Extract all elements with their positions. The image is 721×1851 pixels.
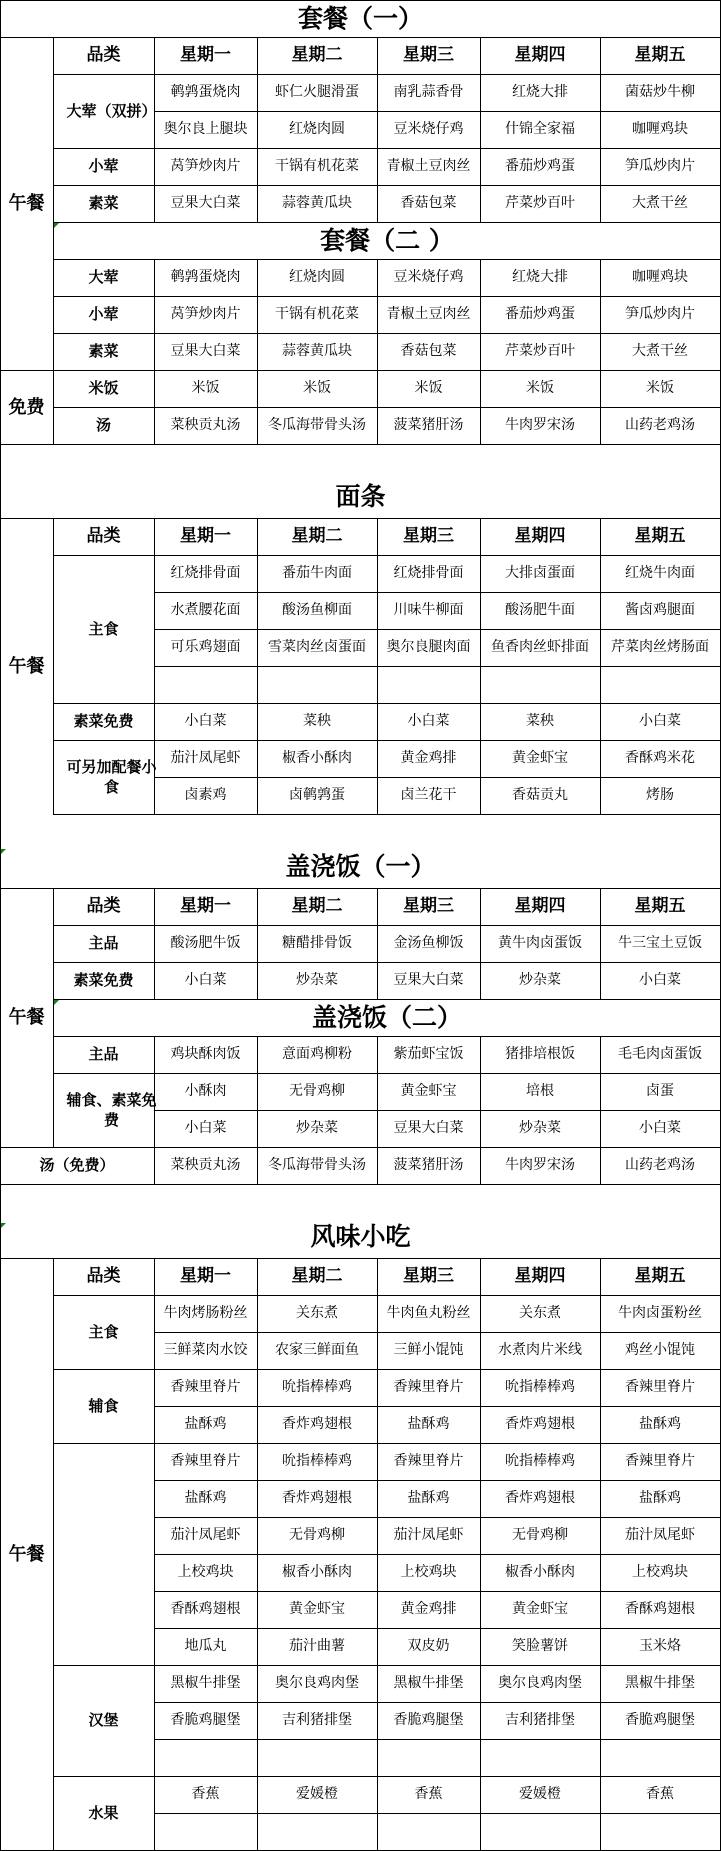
grid-line: [600, 74, 601, 112]
menu-item: 香酥鸡翅根: [600, 1591, 720, 1628]
section-title: 风味小吃: [0, 1214, 721, 1258]
grid-line: [154, 370, 721, 371]
menu-item: [480, 1813, 600, 1850]
menu-item: 米饭: [600, 370, 720, 407]
category-label: 辅食: [53, 1369, 154, 1443]
grid-line: [480, 1776, 481, 1814]
menu-item: 黄金虾宝: [480, 1591, 600, 1628]
menu-item: 笋瓜炒肉片: [600, 148, 720, 185]
grid-line: [257, 1110, 258, 1148]
menu-item: 牛肉卤蛋粉丝: [600, 1295, 720, 1332]
grid-line: [600, 592, 601, 630]
grid-line: [377, 259, 378, 297]
menu-item: 茄汁凤尾虾: [600, 1517, 720, 1554]
grid-line: [53, 1073, 54, 1148]
menu-item: 农家三鲜面鱼: [257, 1332, 377, 1369]
grid-line: [377, 1406, 378, 1444]
grid-line: [154, 1739, 721, 1740]
grid-line: [600, 111, 601, 149]
grid-line: [257, 74, 258, 112]
grid-line: [53, 962, 54, 1000]
menu-item: 红烧大排: [480, 74, 600, 111]
grid-line: [377, 962, 378, 1000]
grid-line: [377, 148, 378, 186]
grid-line: [257, 1147, 258, 1185]
grid-line: [154, 1591, 721, 1592]
grid-line: [600, 703, 601, 741]
section-title: 盖浇饭（二）: [53, 999, 721, 1036]
grid-line: [53, 74, 155, 75]
grid-line: [154, 1517, 721, 1518]
grid-line: [257, 777, 258, 815]
grid-line: [377, 555, 378, 593]
grid-line: [600, 777, 601, 815]
grid-line: [600, 1369, 601, 1407]
menu-item: 卤鹌鹑蛋: [257, 777, 377, 814]
grid-line: [53, 888, 54, 926]
grid-line: [154, 1147, 155, 1185]
grid-line: [257, 407, 258, 445]
menu-item: [377, 666, 480, 703]
grid-line: [154, 148, 721, 149]
grid-line: [600, 1480, 601, 1518]
menu-item: 酸汤肥牛饭: [154, 925, 257, 962]
category-label: 素菜免费: [53, 703, 154, 740]
grid-line: [257, 111, 258, 149]
menu-item: 大排卤蛋面: [480, 555, 600, 592]
menu-item: 炒杂菜: [480, 1110, 600, 1147]
menu-item: 豆果大白菜: [377, 962, 480, 999]
grid-line: [154, 1776, 721, 1777]
menu-item: 卤兰花干: [377, 777, 480, 814]
menu-item: 毛毛肉卤蛋饭: [600, 1036, 720, 1073]
menu-item: 笋瓜炒肉片: [600, 296, 720, 333]
menu-item: 牛肉鱼丸粉丝: [377, 1295, 480, 1332]
grid-line: [53, 740, 54, 815]
grid-line: [53, 1665, 155, 1666]
menu-item: 意面鸡柳粉: [257, 1036, 377, 1073]
menu-item: 培根: [480, 1073, 600, 1110]
menu-item: 椒香小酥肉: [257, 1554, 377, 1591]
grid-line: [480, 370, 481, 408]
menu-item: 香菇包菜: [377, 185, 480, 222]
menu-item: 奥尔良腿肉面: [377, 629, 480, 666]
grid-line: [154, 888, 155, 926]
menu-item: [377, 1739, 480, 1776]
grid-line: [53, 296, 155, 297]
menu-item: 芹菜肉丝烤肠面: [600, 629, 720, 666]
grid-line: [600, 296, 601, 334]
grid-line: [377, 1591, 378, 1629]
grid-line: [53, 1258, 54, 1296]
menu-item: [257, 1813, 377, 1850]
menu-item: 香炸鸡翅根: [257, 1480, 377, 1517]
grid-line: [480, 407, 481, 445]
menu-item: 菜秧: [257, 703, 377, 740]
menu-item: 盐酥鸡: [377, 1480, 480, 1517]
menu-item: 莴笋炒肉片: [154, 148, 257, 185]
menu-item: 黄金鸡排: [377, 1591, 480, 1628]
grid-line: [154, 407, 721, 408]
menu-item: 冬瓜海带骨头汤: [257, 1147, 377, 1184]
menu-item: 米饭: [154, 370, 257, 407]
grid-line: [53, 74, 54, 149]
grid-line: [154, 1147, 721, 1148]
grid-line: [53, 333, 155, 334]
grid-line: [377, 37, 378, 75]
grid-line: [154, 1369, 721, 1370]
category-header: 品类: [53, 518, 154, 555]
grid-line: [377, 703, 378, 741]
day-header: 星期一: [154, 888, 257, 925]
grid-line: [600, 1073, 601, 1111]
grid-line: [377, 1332, 378, 1370]
menu-item: 香蕉: [600, 1776, 720, 1813]
grid-line: [377, 1036, 378, 1074]
menu-item: 米饭: [480, 370, 600, 407]
menu-item: 香酥鸡翅根: [154, 1591, 257, 1628]
menu-item: 上校鸡块: [154, 1554, 257, 1591]
menu-item: 香辣里脊片: [377, 1369, 480, 1406]
menu-item: 菠菜猪肝汤: [377, 407, 480, 444]
grid-line: [600, 370, 601, 408]
grid-line: [257, 37, 258, 75]
grid-line: [53, 1443, 155, 1444]
grid-line: [257, 1036, 258, 1074]
section-title: 套餐（一）: [0, 0, 721, 37]
grid-line: [154, 925, 155, 963]
menu-item: [480, 1739, 600, 1776]
grid-line: [377, 1517, 378, 1555]
menu-item: 香辣里脊片: [377, 1443, 480, 1480]
menu-item: 茄汁曲薯: [257, 1628, 377, 1665]
menu-item: 豆米烧仔鸡: [377, 111, 480, 148]
menu-item: 可乐鸡翅面: [154, 629, 257, 666]
grid-line: [53, 1776, 155, 1777]
menu-item: 吮指棒棒鸡: [480, 1369, 600, 1406]
menu-item: 大煮干丝: [600, 185, 720, 222]
grid-line: [600, 37, 601, 75]
grid-line: [154, 185, 721, 186]
grid-line: [53, 148, 155, 149]
category-label: 主食: [53, 555, 154, 703]
grid-line: [53, 1036, 155, 1037]
grid-line: [257, 1554, 258, 1592]
menu-item: 芹菜炒百叶: [480, 185, 600, 222]
grid-line: [53, 1369, 54, 1444]
menu-item: 爱媛橙: [480, 1776, 600, 1813]
grid-line: [154, 629, 721, 630]
grid-line: [480, 1554, 481, 1592]
grid-line: [480, 740, 481, 778]
category-label: 素菜: [53, 333, 154, 370]
grid-line: [480, 666, 481, 704]
menu-item: 红烧肉圆: [257, 259, 377, 296]
category-label: 主品: [53, 1036, 154, 1073]
day-header: 星期四: [480, 888, 600, 925]
menu-item: 菠菜猪肝汤: [377, 1147, 480, 1184]
menu-item: 吮指棒棒鸡: [480, 1443, 600, 1480]
grid-line: [377, 407, 378, 445]
grid-line: [257, 1702, 258, 1740]
grid-line: [53, 185, 155, 186]
category-label: 素菜免费: [53, 962, 154, 999]
grid-line: [600, 1776, 601, 1814]
day-header: 星期一: [154, 1258, 257, 1295]
menu-item: 蒜蓉黄瓜块: [257, 185, 377, 222]
grid-line: [600, 518, 601, 556]
grid-line: [53, 555, 54, 704]
grid-line: [257, 666, 258, 704]
day-header: 星期二: [257, 888, 377, 925]
menu-item: 奥尔良鸡肉堡: [257, 1665, 377, 1702]
grid-line: [257, 703, 258, 741]
menu-item: 上校鸡块: [600, 1554, 720, 1591]
menu-item: 无骨鸡柳: [257, 1517, 377, 1554]
free-label: 免费: [0, 370, 53, 444]
grid-line: [480, 259, 481, 297]
menu-item: 香脆鸡腿堡: [154, 1702, 257, 1739]
grid-line: [154, 1036, 721, 1037]
grid-line: [53, 1443, 54, 1666]
grid-line: [480, 1739, 481, 1777]
menu-item: 香酥鸡米花: [600, 740, 720, 777]
menu-item: [600, 666, 720, 703]
grid-line: [154, 777, 721, 778]
grid-line: [53, 962, 155, 963]
grid-line: [154, 1665, 721, 1666]
grid-line: [154, 1332, 721, 1333]
category-header: 品类: [53, 888, 154, 925]
menu-item: 小白菜: [600, 1110, 720, 1147]
category-label: 主品: [53, 925, 154, 962]
grid-line: [154, 666, 721, 667]
grid-line: [53, 1776, 54, 1851]
menu-item: 香蕉: [154, 1776, 257, 1813]
grid-line: [154, 333, 721, 334]
grid-line: [53, 1295, 54, 1370]
grid-line: [377, 296, 378, 334]
grid-line: [53, 703, 54, 741]
grid-line: [600, 925, 601, 963]
grid-line: [154, 1702, 721, 1703]
menu-item: 无骨鸡柳: [257, 1073, 377, 1110]
menu-item: 咖喱鸡块: [600, 111, 720, 148]
menu-item: 盐酥鸡: [600, 1406, 720, 1443]
grid-line: [257, 296, 258, 334]
grid-line: [154, 962, 721, 963]
grid-line: [257, 1813, 258, 1851]
category-label: 素菜: [53, 185, 154, 222]
grid-line: [53, 222, 721, 223]
menu-item: 香辣里脊片: [600, 1443, 720, 1480]
menu-item: [257, 666, 377, 703]
grid-line: [480, 185, 481, 223]
grid-line: [257, 1776, 258, 1814]
grid-line: [377, 1702, 378, 1740]
menu-sheet: 套餐（一）品类星期一星期二星期三星期四星期五鹌鹑蛋烧肉虾仁火腿滑蛋南乳蒜香骨红烧…: [0, 0, 721, 1851]
meal-label: 午餐: [0, 1258, 53, 1850]
grid-line: [480, 1073, 481, 1111]
grid-line: [377, 1295, 378, 1333]
grid-line: [377, 1258, 378, 1296]
menu-item: 无骨鸡柳: [480, 1517, 600, 1554]
grid-line: [154, 74, 721, 75]
menu-item: 炒杂菜: [480, 962, 600, 999]
menu-item: 豆果大白菜: [154, 333, 257, 370]
grid-line: [53, 1036, 54, 1074]
menu-item: 三鲜菜肉水饺: [154, 1332, 257, 1369]
grid-line: [257, 1665, 258, 1703]
day-header: 星期五: [600, 37, 720, 74]
grid-line: [257, 925, 258, 963]
day-header: 星期三: [377, 37, 480, 74]
meal-label: 午餐: [0, 888, 53, 1147]
grid-line: [377, 518, 378, 556]
grid-line: [377, 777, 378, 815]
menu-item: 地瓜丸: [154, 1628, 257, 1665]
grid-line: [480, 74, 481, 112]
category-label: 小荤: [53, 148, 154, 185]
menu-item: 牛肉罗宋汤: [480, 407, 600, 444]
grid-line: [154, 1813, 721, 1814]
grid-line: [154, 111, 721, 112]
menu-item: 金汤鱼柳饭: [377, 925, 480, 962]
menu-item: [600, 1813, 720, 1850]
grid-line: [600, 1147, 601, 1185]
grid-line: [257, 1517, 258, 1555]
grid-line: [257, 333, 258, 371]
menu-item: [480, 666, 600, 703]
grid-line: [600, 1332, 601, 1370]
menu-item: 香菇包菜: [377, 333, 480, 370]
grid-line: [154, 814, 721, 815]
grid-line: [377, 1147, 378, 1185]
grid-line: [480, 1813, 481, 1851]
grid-line: [154, 592, 721, 593]
menu-item: 黄牛肉卤蛋饭: [480, 925, 600, 962]
menu-item: 吮指棒棒鸡: [257, 1369, 377, 1406]
grid-line: [480, 888, 481, 926]
grid-line: [154, 1776, 155, 1851]
menu-item: 香脆鸡腿堡: [600, 1702, 720, 1739]
grid-line: [154, 1073, 721, 1074]
menu-item: 盐酥鸡: [154, 1406, 257, 1443]
grid-line: [377, 1110, 378, 1148]
grid-line: [154, 1110, 721, 1111]
menu-item: 蒜蓉黄瓜块: [257, 333, 377, 370]
grid-line: [600, 333, 601, 371]
grid-line: [53, 999, 721, 1000]
menu-item: 山药老鸡汤: [600, 1147, 720, 1184]
menu-item: [154, 666, 257, 703]
grid-line: [154, 555, 721, 556]
grid-line: [53, 1073, 155, 1074]
menu-item: 红烧肉圆: [257, 111, 377, 148]
menu-item: 糖醋排骨饭: [257, 925, 377, 962]
grid-line: [154, 740, 155, 815]
menu-item: 红烧排骨面: [154, 555, 257, 592]
menu-item: 吉利猪排堡: [257, 1702, 377, 1739]
grid-line: [600, 1591, 601, 1629]
day-header: 星期四: [480, 37, 600, 74]
menu-item: 芹菜炒百叶: [480, 333, 600, 370]
grid-line: [257, 592, 258, 630]
grid-line: [53, 1369, 155, 1370]
menu-item: 鸡块酥肉饭: [154, 1036, 257, 1073]
grid-line: [480, 1406, 481, 1444]
grid-line: [154, 1554, 721, 1555]
grid-line: [377, 333, 378, 371]
day-header: 星期四: [480, 518, 600, 555]
menu-item: 香炸鸡翅根: [480, 1406, 600, 1443]
category-label: 大荤（双拼）: [53, 74, 170, 148]
grid-line: [154, 296, 155, 334]
menu-item: 酱卤鸡腿面: [600, 592, 720, 629]
menu-item: 水煮腰花面: [154, 592, 257, 629]
grid-line: [377, 888, 378, 926]
menu-item: 青椒土豆肉丝: [377, 296, 480, 333]
grid-line: [480, 333, 481, 371]
category-label: 大荤: [53, 259, 154, 296]
grid-line: [377, 925, 378, 963]
grid-line: [377, 666, 378, 704]
grid-line: [154, 1628, 721, 1629]
menu-item: 干锅有机花菜: [257, 296, 377, 333]
grid-line: [480, 629, 481, 667]
category-label: 水果: [53, 1776, 154, 1850]
grid-line: [154, 1665, 155, 1777]
grid-line: [257, 1369, 258, 1407]
grid-line: [257, 1591, 258, 1629]
menu-item: 黄金虾宝: [480, 740, 600, 777]
grid-line: [257, 1739, 258, 1777]
grid-line: [600, 1702, 601, 1740]
menu-item: 盐酥鸡: [377, 1406, 480, 1443]
grid-line: [53, 740, 155, 741]
menu-item: 烤肠: [600, 777, 720, 814]
menu-item: 黑椒牛排堡: [600, 1665, 720, 1702]
grid-line: [480, 1332, 481, 1370]
grid-line: [53, 407, 155, 408]
menu-item: 关东煮: [480, 1295, 600, 1332]
grid-line: [377, 1628, 378, 1666]
menu-item: 红烧排骨面: [377, 555, 480, 592]
menu-item: 卤蛋: [600, 1073, 720, 1110]
section-title: 套餐（二 ）: [53, 222, 721, 259]
menu-item: 什锦全家福: [480, 111, 600, 148]
section-title: 面条: [0, 474, 721, 518]
category-label: 米饭: [53, 370, 154, 407]
menu-item: 黑椒牛排堡: [154, 1665, 257, 1702]
menu-item: 黄金鸡排: [377, 740, 480, 777]
menu-item: 茄汁凤尾虾: [377, 1517, 480, 1554]
grid-line: [257, 1480, 258, 1518]
menu-item: 牛肉罗宋汤: [480, 1147, 600, 1184]
menu-item: 双皮奶: [377, 1628, 480, 1665]
grid-line: [377, 740, 378, 778]
grid-line: [600, 185, 601, 223]
grid-line: [377, 1443, 378, 1481]
meal-label: 午餐: [0, 37, 53, 370]
menu-item: 爱媛橙: [257, 1776, 377, 1813]
grid-line: [257, 1406, 258, 1444]
grid-line: [257, 370, 258, 408]
menu-item: 小白菜: [600, 703, 720, 740]
grid-line: [480, 1295, 481, 1333]
menu-item: 鸡丝小馄饨: [600, 1332, 720, 1369]
category-label: 汉堡: [53, 1665, 154, 1776]
